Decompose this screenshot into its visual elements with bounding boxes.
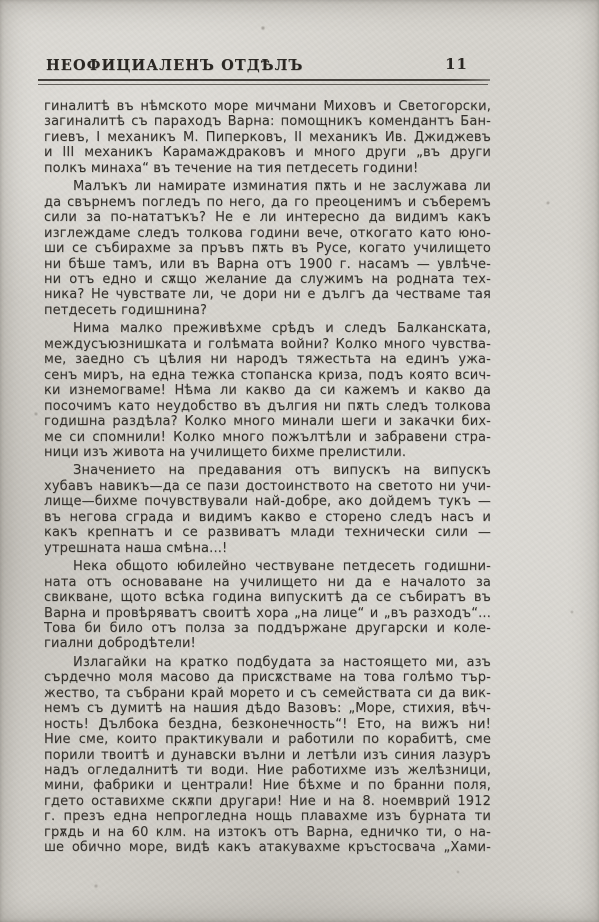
text-line: загиналитѣ съ параходъ Варна: помощникъ …	[44, 114, 491, 129]
text-line: порили твоитѣ и дунавски вълни и летѣли …	[44, 748, 491, 763]
text-line: гиевъ, I механикъ М. Пиперковъ, II механ…	[44, 130, 491, 145]
text-line: ме си спомнили! Колко много пожълтѣли и …	[44, 430, 491, 445]
text-line: немъ съ думитѣ на нашия дѣдо Вазовъ: „Мо…	[44, 701, 491, 716]
text-line: Нима малко преживѣхме срѣдъ и следъ Балк…	[44, 321, 491, 336]
page-number: 11	[445, 55, 468, 73]
text-line: свикване, щото всѣка година випускитѣ да…	[44, 590, 491, 605]
text-line: сили за по-нататъкъ? Не е ли интересно д…	[44, 210, 491, 225]
text-line: какъ крепнатъ и се развиватъ млади техни…	[44, 525, 491, 540]
text-line: г. презъ една непрогледна нощь плавахме …	[44, 809, 491, 824]
paragraph: Нима малко преживѣхме срѣдъ и следъ Балк…	[44, 321, 491, 460]
section-title: НЕОФИЦИАЛЕНЪ ОТДѢЛЪ	[46, 57, 304, 74]
text-line: Значението на предавания отъ випускъ на …	[44, 463, 491, 478]
text-line: лище—бихме почувствували най-добре, ако …	[44, 494, 491, 509]
text-line: междусъюзнишката и голѣмата войни? Колко…	[44, 337, 491, 352]
text-line: сенъ миръ, на една тежка стопанска криза…	[44, 368, 491, 383]
header-rule-thick	[38, 79, 490, 81]
paragraph: Значението на предавания отъ випускъ на …	[44, 463, 491, 556]
text-line: хубавъ навикъ—да се пази достоинството н…	[44, 479, 491, 494]
text-line: Ние сме, които практикували и работили п…	[44, 732, 491, 747]
text-line: надъ огледалнитѣ ти води. Ние работихме …	[44, 763, 491, 778]
text-line: сърдечно моля масово да присѫстваме на т…	[44, 670, 491, 685]
text-line: гиални добродѣтели!	[44, 636, 491, 651]
text-line: полкъ минаха“ въ течение на тия петдесет…	[44, 161, 491, 176]
text-line: грѫдь и на 60 клм. на изтокъ отъ Варна, …	[44, 825, 491, 840]
text-line: Варна и провѣряватъ своитѣ хора „на лице…	[44, 606, 491, 621]
text-line: ни бѣше тамъ, или въ Варна отъ 1900 г. н…	[44, 257, 491, 272]
text-line: Малъкъ ли намирате изминатия пѫть и не з…	[44, 179, 491, 194]
text-line: мини, фабрики и централи! Ние бѣхме и по…	[44, 778, 491, 793]
text-line: ни отъ едно и сѫщо желание да служимъ на…	[44, 272, 491, 287]
text-line: петдесеть годишнина?	[44, 303, 491, 318]
text-line: Нека общото юбилейно чествуване петдесет…	[44, 559, 491, 574]
text-line: ната отъ основаване на училището ни да е…	[44, 575, 491, 590]
text-line: ници изъ живота на училището бихме прели…	[44, 445, 491, 460]
paragraph: Малъкъ ли намирате изминатия пѫть и не з…	[44, 179, 491, 318]
paragraph: гиналитѣ въ нѣмското море мичмани Миховъ…	[44, 99, 491, 176]
text-line: ме, заедно съ цѣлия ни народъ тяжестьта …	[44, 352, 491, 367]
text-line: ше обично море, видѣ какъ атакувахме кръ…	[44, 840, 491, 855]
text-line: да свърнемъ погледъ по него, да го преоц…	[44, 195, 491, 210]
text-line: Излагайки на кратко подбудата за настоящ…	[44, 655, 491, 670]
text-line: ника? Не чувствате ли, че дори ни е дълг…	[44, 287, 491, 302]
text-line: ность! Дълбока бездна, безконечность“! Е…	[44, 717, 491, 732]
text-block: гиналитѣ въ нѣмското море мичмани Миховъ…	[44, 99, 491, 856]
text-line: и III механикъ Карамаждраковъ и много др…	[44, 145, 491, 160]
running-header: НЕОФИЦИАЛЕНЪ ОТДѢЛЪ 11	[38, 54, 490, 86]
text-line: гиналитѣ въ нѣмското море мичмани Миховъ…	[44, 99, 491, 114]
text-line: изглеждаме следъ толкова години вече, от…	[44, 226, 491, 241]
paragraph: Нека общото юбилейно чествуване петдесет…	[44, 559, 491, 652]
paragraph: Излагайки на кратко подбудата за настоящ…	[44, 655, 491, 856]
text-line: Това би било отъ полза за поддържане дру…	[44, 621, 491, 636]
scanned-book-page: НЕОФИЦИАЛЕНЪ ОТДѢЛЪ 11 гиналитѣ въ нѣмск…	[0, 0, 599, 922]
text-line: годишна раздѣла? Колко много минали шеги…	[44, 414, 491, 429]
text-line: посочимъ като неудобство въ дългия ни пѫ…	[44, 399, 491, 414]
header-rule-thin	[38, 84, 488, 85]
text-line: ши се събирахме за пръвъ пѫть въ Русе, к…	[44, 241, 491, 256]
text-line: въ негова сграда и видимъ какво е сторен…	[44, 510, 491, 525]
text-line: утрешната наша смѣна...!	[44, 541, 491, 556]
text-line: ки изнемогваме! Нѣма ли какво да си каже…	[44, 383, 491, 398]
text-line: гдето оставихме скѫпи другари! Ние и на …	[44, 794, 491, 809]
text-line: жество, та събрани край морето и съ семе…	[44, 686, 491, 701]
